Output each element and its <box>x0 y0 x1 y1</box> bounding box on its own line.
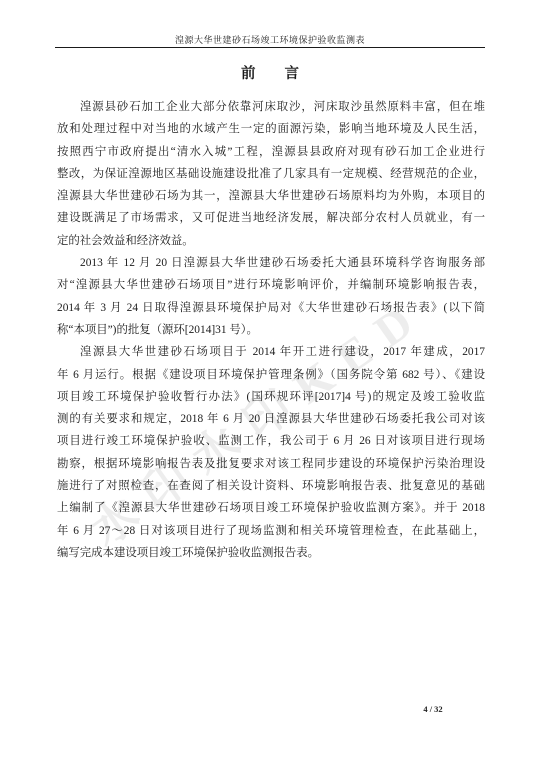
text-line: 放和处理过程中对当地的水域产生一定的面源污染，影响当地环境及人民生活， <box>57 118 485 140</box>
text-line: 对“湟源县大华世建砂石场项目”进行环境影响评价，并编制环境影响报告表， <box>57 274 485 296</box>
text-line: 按照西宁市政府提出“清水入城”工程，湟源县县政府对现有砂石加工企业进行 <box>57 141 485 163</box>
text-line: 湟源县大华世建砂石场项目于 2014 年开工进行建设，2017 年建成，2017 <box>57 341 485 363</box>
text-line: 年 6 月运行。根据《建设项目环境保护管理条例》（国务院令第 682 号）、《建… <box>57 364 485 386</box>
text-line: 项目竣工环境保护验收暂行办法》(国环规环评[2017]4 号)的规定及竣工验收监 <box>57 386 485 408</box>
text-line: 2013 年 12 月 20 日湟源县大华世建砂石场委托大通县环境科学咨询服务部 <box>57 252 485 274</box>
foreword-body: 湟源县砂石加工企业大部分依靠河床取沙，河床取沙虽然原料丰富，但在堆放和处理过程中… <box>57 96 485 564</box>
text-line: 称“本项目”)的批复（源环[2014]31 号）。 <box>57 319 485 341</box>
document-page: 水印水印KED 湟源大华世建砂石场竣工环境保护验收监测表 前 言 湟源县砂石加工… <box>0 0 540 764</box>
page-number: 4 / 32 <box>423 704 442 714</box>
text-line: 勘察，根据环境影响报告表及批复要求对该工程同步建设的环境保护污染治理设 <box>57 453 485 475</box>
section-title-foreword: 前 言 <box>0 62 540 83</box>
text-line: 项目进行竣工环境保护验收、监测工作，我公司于 6 月 26 日对该项目进行现场 <box>57 430 485 452</box>
text-line: 2014 年 3 月 24 日取得湟源县环境保护局对《大华世建砂石场报告表》(以… <box>57 297 485 319</box>
text-line: 建设既满足了市场需求，又可促进当地经济发展，解决部分农村人员就业，有一 <box>57 207 485 229</box>
header-divider-rule <box>55 47 485 48</box>
text-line: 上编制了《湟源县大华世建砂石场项目竣工环境保护验收监测方案》。并于 2018 <box>57 497 485 519</box>
text-line: 湟源县砂石加工企业大部分依靠河床取沙，河床取沙虽然原料丰富，但在堆 <box>57 96 485 118</box>
text-line: 湟源县大华世建砂石场为其一，湟源县大华世建砂石场原料均为外购，本项目的 <box>57 185 485 207</box>
text-line: 整改，为保证湟源地区基础设施建设批准了几家具有一定规模、经营规范的企业， <box>57 163 485 185</box>
text-line: 编写完成本建设项目竣工环境保护验收监测报告表。 <box>57 542 485 564</box>
text-line: 定的社会效益和经济效益。 <box>57 230 485 252</box>
page-header-title: 湟源大华世建砂石场竣工环境保护验收监测表 <box>55 33 485 46</box>
text-line: 测的有关要求和规定，2018 年 6 月 20 日湟源县大华世建砂石场委托我公司… <box>57 408 485 430</box>
text-line: 施进行了对照检查，在查阅了相关设计资料、环境影响报告表、批复意见的基础 <box>57 475 485 497</box>
page-footer: 4 / 32 <box>380 699 486 717</box>
text-line: 年 6 月 27～28 日对该项目进行了现场监测和相关环境管理检查，在此基础上， <box>57 520 485 542</box>
